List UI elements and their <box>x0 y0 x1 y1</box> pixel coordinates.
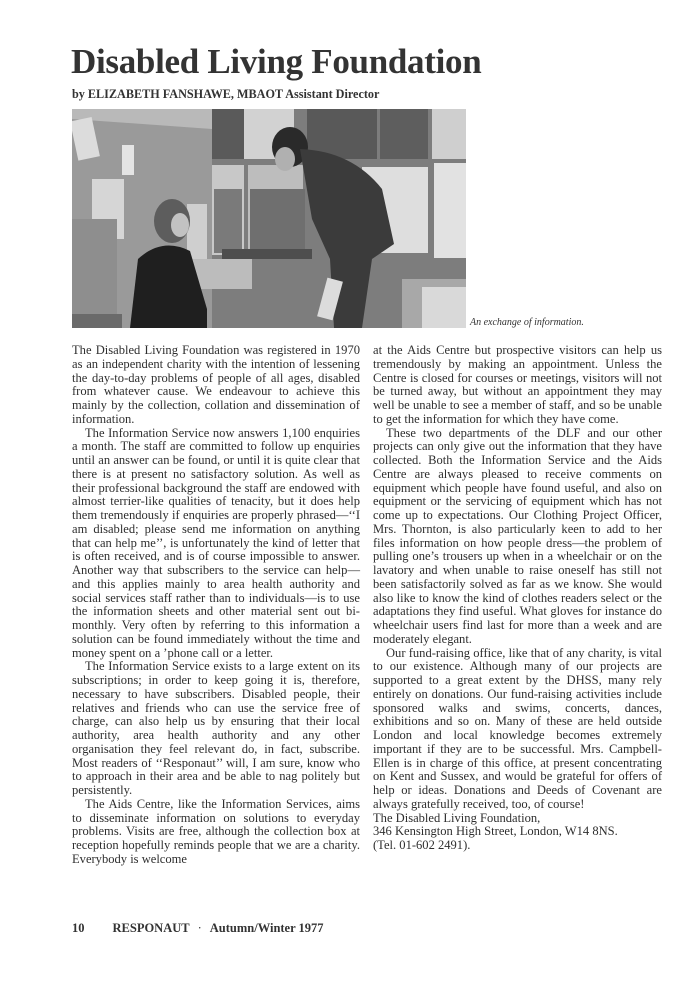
article-photo <box>72 109 466 328</box>
photo-caption: An exchange of information. <box>470 317 584 328</box>
paragraph: at the Aids Centre but prospective visit… <box>373 344 662 427</box>
address-line: (Tel. 01-602 2491). <box>373 839 662 853</box>
issue-label: Autumn/Winter 1977 <box>210 921 324 935</box>
footer-separator: · <box>198 921 202 935</box>
right-column: at the Aids Centre but prospective visit… <box>373 344 662 853</box>
paragraph: The Information Service exists to a larg… <box>72 660 360 798</box>
paragraph: These two departments of the DLF and our… <box>373 427 662 647</box>
publication-name: RESPONAUT <box>113 921 190 935</box>
address-line: 346 Kensington High Street, London, W14 … <box>373 825 662 839</box>
article-title: Disabled Living Foundation <box>71 44 481 79</box>
left-column: The Disabled Living Foundation was regis… <box>72 344 360 867</box>
paragraph: The Information Service now answers 1,10… <box>72 427 360 661</box>
paragraph: The Disabled Living Foundation was regis… <box>72 344 360 427</box>
page-footer: 10RESPONAUT·Autumn/Winter 1977 <box>72 921 324 936</box>
paragraph: Our fund-raising office, like that of an… <box>373 647 662 812</box>
paragraph: The Aids Centre, like the Information Se… <box>72 798 360 867</box>
address-line: The Disabled Living Foundation, <box>373 812 662 826</box>
article-byline: by ELIZABETH FANSHAWE, MBAOT Assistant D… <box>72 87 379 102</box>
page-number: 10 <box>72 921 85 935</box>
